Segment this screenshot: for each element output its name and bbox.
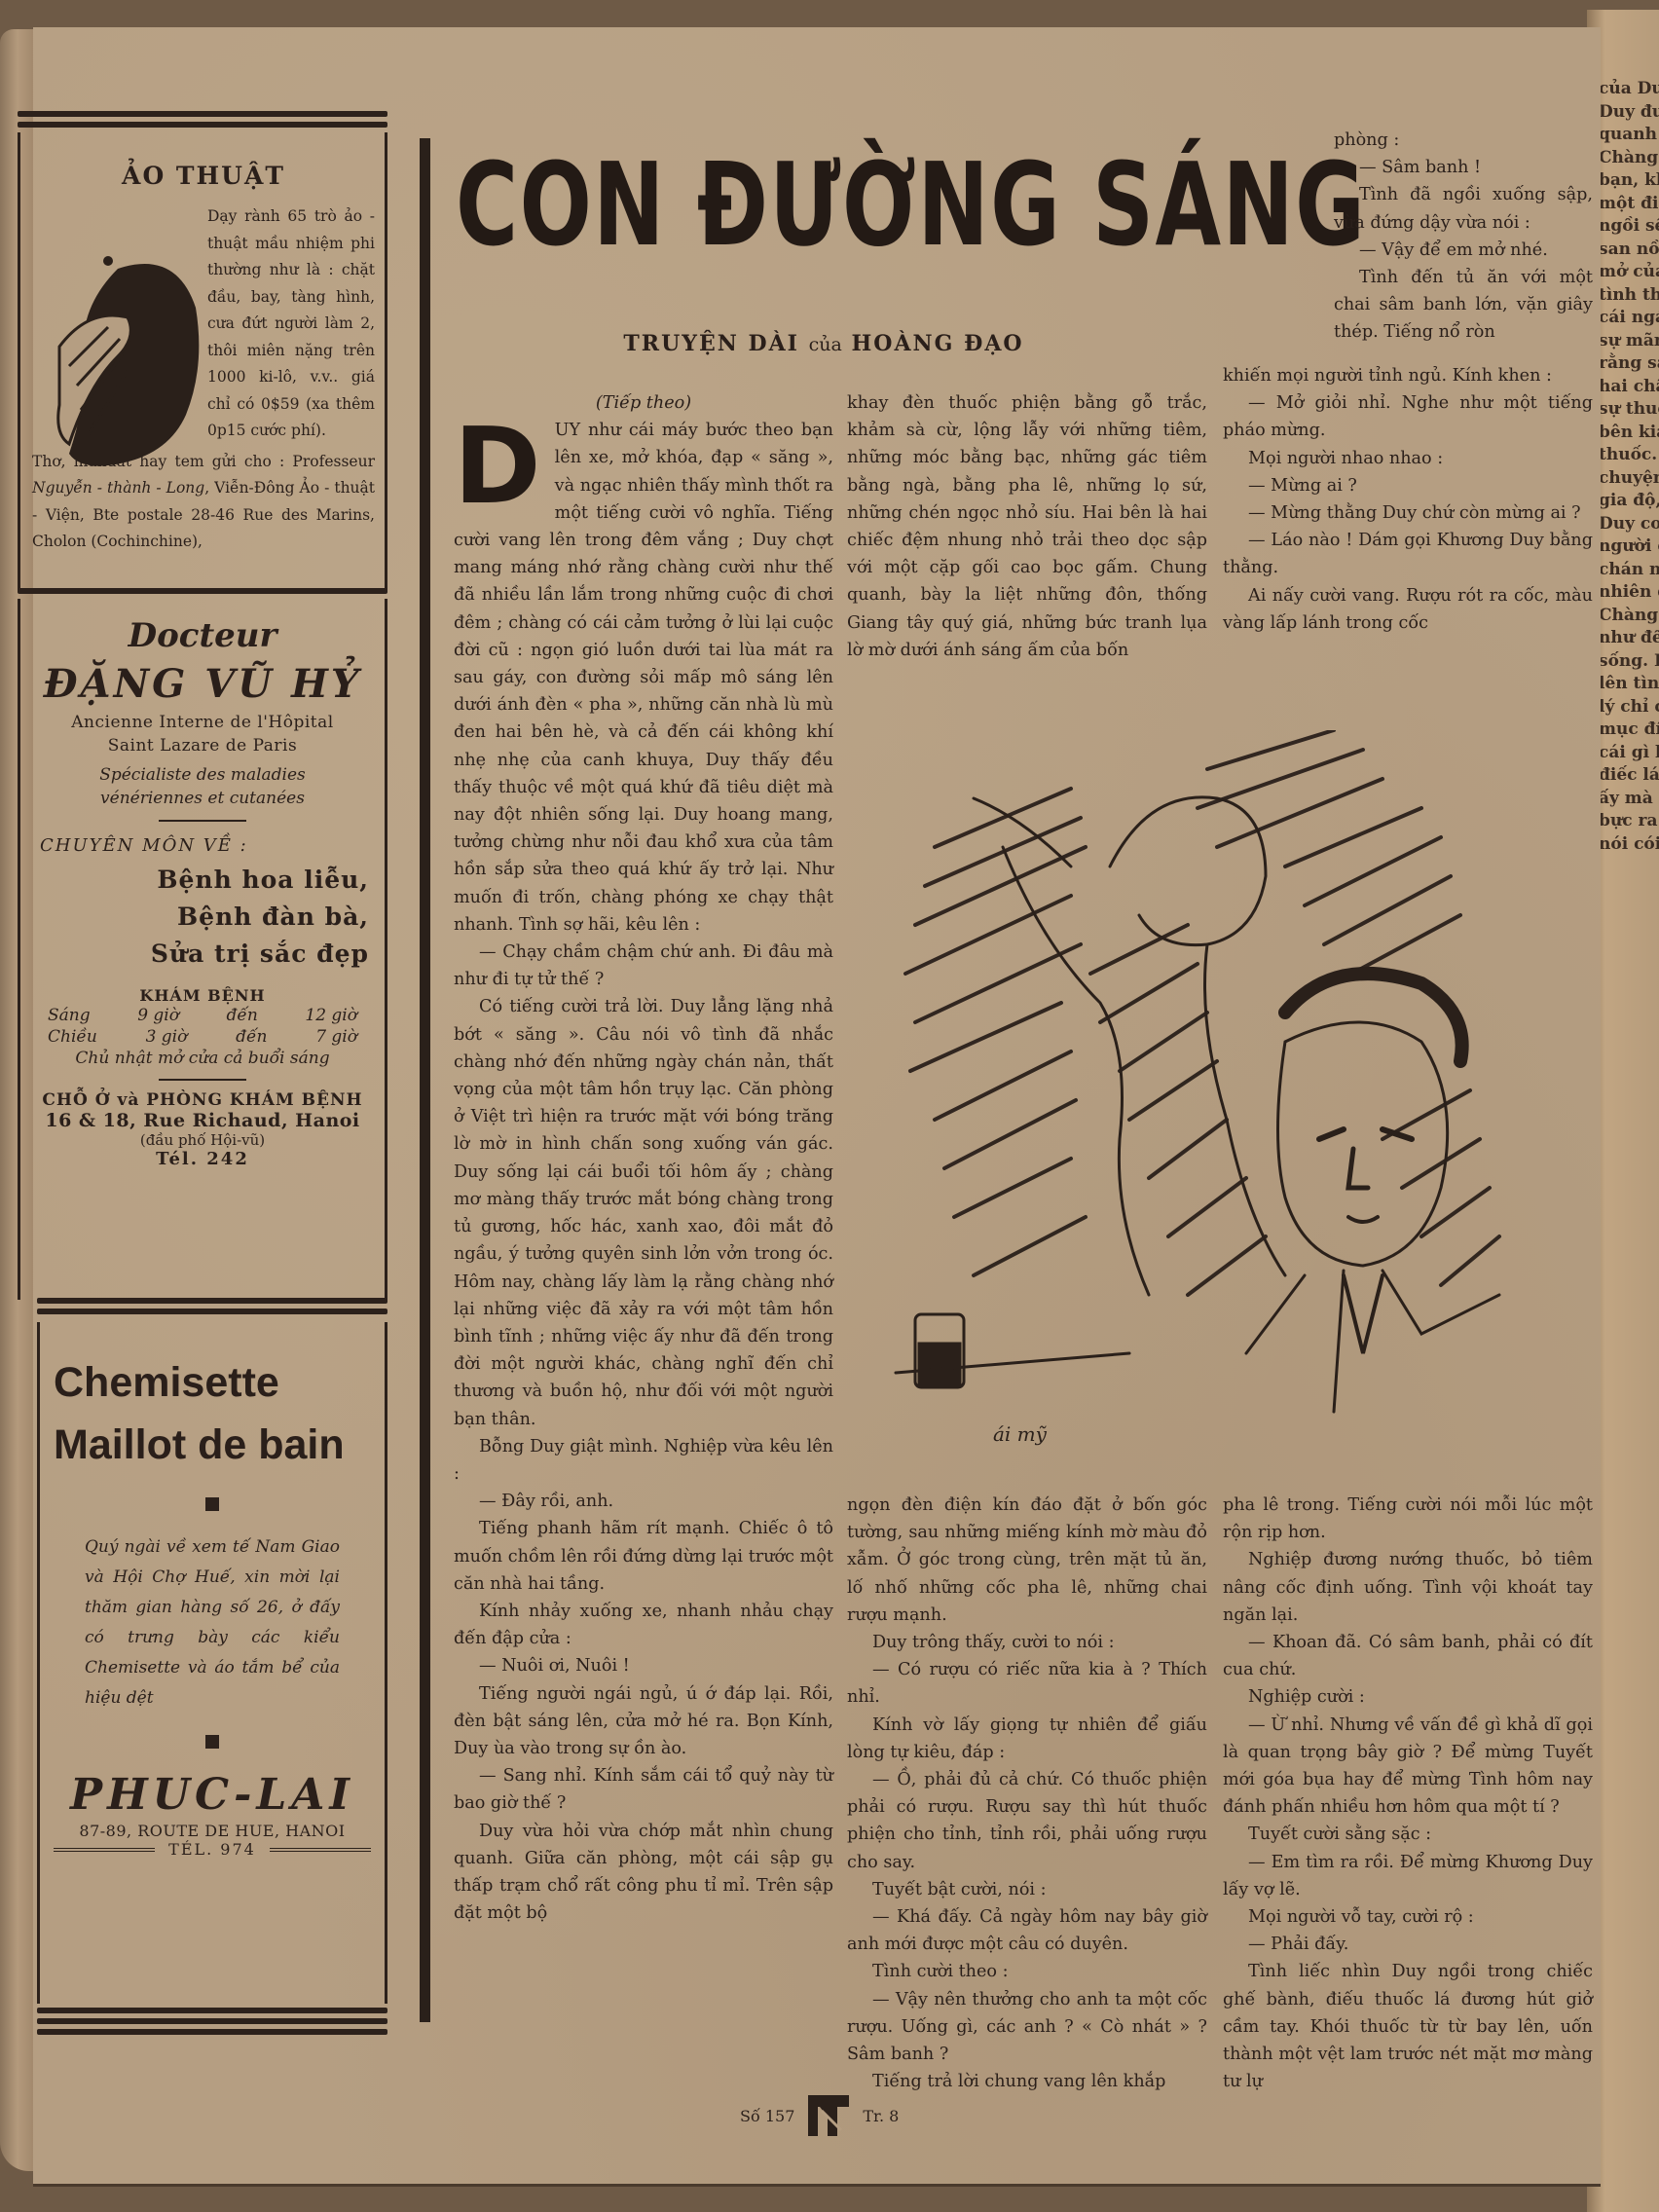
doctor-specialty-2: vénériennes et cutanées (32, 787, 373, 810)
divider-rules (18, 1298, 387, 1314)
paragraph: — Nuôi ơi, Nuôi ! (454, 1652, 833, 1679)
article-column-3-middle: khiến mọi người tỉnh ngủ. Kính khen : — … (1223, 362, 1593, 637)
top-rules (18, 111, 387, 128)
article-column-2-top: khay đèn thuốc phiện bằng gỗ trắc, khảm … (847, 389, 1207, 664)
doctor-specialty-item: Sửa trị sắc đẹp (32, 936, 373, 973)
hours-to: 12 giờ (305, 1005, 357, 1026)
next-page-line: ấy mà cườ (1599, 788, 1659, 811)
paragraph: Bỗng Duy giật mình. Nghiệp vừa kêu lên : (454, 1433, 833, 1488)
next-page-line: bên kia bàn (1599, 422, 1659, 445)
paragraph: — Ừ nhỉ. Nhưng về vấn đề gì khả dĩ gọi l… (1223, 1712, 1593, 1822)
doctor-name: ĐẶNG VŨ HỶ (32, 661, 373, 707)
paragraph: Mọi người nhao nhao : (1223, 445, 1593, 472)
paragraph: phòng : (1334, 127, 1593, 154)
next-page-line: bực ra kh (1599, 810, 1659, 833)
article-title: CON ĐƯỜNG SÁNG (456, 136, 1089, 273)
hours-row-afternoon: Chiều 3 giờ đến 7 giờ (32, 1026, 373, 1048)
doctor-chuyen-mon: CHUYÊN MÔN VỀ : (40, 835, 373, 856)
hours-label: Chiều (48, 1026, 97, 1048)
doctor-credential-1: Ancienne Interne de l'Hôpital (32, 711, 373, 734)
doctor-ad: Docteur ĐẶNG VŨ HỶ Ancienne Interne de l… (18, 599, 387, 1300)
advertisement-column: ẢO THUẬT Dạy rành 65 trò ảo - thuật mầu … (18, 111, 387, 2040)
next-page-line: chuyện ná (1599, 467, 1659, 491)
chemisette-tel-row: TÉL. 974 (54, 1840, 371, 1859)
divider (159, 1079, 246, 1081)
chemisette-headline-1: Chemisette (54, 1351, 371, 1414)
paragraph: Tình cười theo : (847, 1958, 1207, 1985)
next-page-line: nói cói để (1599, 833, 1659, 857)
chemisette-address: 87-89, ROUTE DE HUE, HANOI (54, 1822, 371, 1840)
magic-ad: ẢO THUẬT Dạy rành 65 trò ảo - thuật mầu … (18, 132, 387, 590)
double-rule (270, 1848, 371, 1852)
article-column-3-bottom: pha lê trong. Tiếng cười nói mỗi lúc một… (1223, 1492, 1593, 2095)
story-illustration: ái mỹ (876, 730, 1538, 1470)
double-rule (54, 1848, 155, 1852)
next-page-line: điếc lá k (1599, 764, 1659, 788)
page-footer: Số 157 Tr. 8 (740, 2093, 899, 2138)
hours-label: Sáng (48, 1005, 91, 1026)
paragraph: — Ồ, phải đủ cả chứ. Có thuốc phiện phải… (847, 1766, 1207, 1876)
next-page-line: mục đích, (1599, 719, 1659, 742)
drop-cap: D (454, 424, 541, 510)
chemisette-headline-2: Maillot de bain (54, 1414, 371, 1476)
square-bullet-icon (205, 1735, 219, 1749)
magician-hand-icon (50, 249, 205, 473)
divider-rules (18, 588, 387, 594)
hours-to: 7 giờ (315, 1026, 357, 1048)
next-page-line: lên tình th (1599, 673, 1659, 696)
magic-ad-title: ẢO THUẬT (32, 162, 375, 190)
paragraph: Kính nhảy xuống xe, nhanh nhảu chạy đến … (454, 1598, 833, 1652)
paragraph: ngọn đèn điện kín đáo đặt ở bốn góc tườn… (847, 1492, 1207, 1629)
doctor-tel: Tél. 242 (32, 1149, 373, 1169)
page-number: Tr. 8 (863, 2107, 899, 2125)
ngay-nay-logo-icon (806, 2093, 851, 2138)
byline-label: TRUYỆN DÀI (623, 331, 799, 356)
paragraph: Tình đến tủ ăn với một chai sâm banh lớn… (1334, 264, 1593, 347)
next-page-line: hai chân, (1599, 376, 1659, 399)
magic-contact-name: Nguyễn - thành - Long (32, 479, 204, 497)
next-page-line: san nồi (1599, 239, 1659, 262)
next-page-line: sự mãn m (1599, 330, 1659, 353)
paragraph: — Vậy để em mở nhé. (1334, 237, 1593, 264)
next-page-line: sống. Duy (1599, 650, 1659, 674)
paragraph: Duy trông thấy, cười to nói : (847, 1629, 1207, 1656)
paragraph: — Láo nào ! Dám gọi Khương Duy bằng thằn… (1223, 527, 1593, 581)
paragraph: — Sâm banh ! (1334, 154, 1593, 181)
hours-sunday: Chủ nhật mở cửa cả buổi sáng (32, 1048, 373, 1069)
paragraph: Nghiệp đương nướng thuốc, bỏ tiêm nâng c… (1223, 1546, 1593, 1629)
chemisette-body: Quý ngài về xem tế Nam Giao và Hội Chợ H… (54, 1532, 371, 1714)
next-page-line: Chàng tưởng (1599, 147, 1659, 170)
next-page-line: tình thoảng (1599, 284, 1659, 308)
illustrator-signature: ái mỹ (993, 1422, 1048, 1446)
doctor-specialty-item: Bệnh hoa liễu, (32, 862, 373, 899)
divider (159, 820, 246, 822)
column-divider-bar (420, 138, 430, 2022)
chemisette-ad: Chemisette Maillot de bain Quý ngài về x… (37, 1322, 387, 2004)
doctor-credential-2: Saint Lazare de Paris (32, 734, 373, 757)
next-page-line: ngồi sếp bằng (1599, 215, 1659, 239)
paragraph: pha lê trong. Tiếng cười nói mỗi lúc một… (1223, 1492, 1593, 1546)
next-page-line: Duy co c (1599, 513, 1659, 536)
paragraph: Tiếng người ngái ngủ, ú ớ đáp lại. Rồi, … (454, 1680, 833, 1763)
issue-number: Số 157 (740, 2107, 794, 2125)
hours-row-morning: Sáng 9 giờ đến 12 giờ (32, 1005, 373, 1026)
next-page-line: thuốc. Ch (1599, 444, 1659, 467)
paragraph: — Sang nhỉ. Kính sắm cái tổ quỷ này từ b… (454, 1762, 833, 1817)
next-page-line: rằng sau l (1599, 352, 1659, 376)
next-page-line: sự thuốc (1599, 398, 1659, 422)
paragraph: — Có rượu có riếc nữa kia à ? Thích nhỉ. (847, 1656, 1207, 1711)
article-column-2-bottom: ngọn đèn điện kín đáo đặt ở bốn góc tườn… (847, 1492, 1207, 2095)
paragraph: — Đây rồi, anh. (454, 1488, 833, 1515)
doctor-hours: Sáng 9 giờ đến 12 giờ Chiều 3 giờ đến 7 … (32, 1005, 373, 1069)
paragraph: — Chạy chầm chậm chứ anh. Đi đâu mà như … (454, 939, 833, 993)
article-column-1: (Tiếp theo) D UY như cái máy bước theo b… (454, 389, 833, 1927)
chemisette-brand: PHUC-LAI (54, 1770, 371, 1820)
paragraph: — Phải đấy. (1223, 1931, 1593, 1958)
next-page-line: Chàng thấ (1599, 605, 1659, 628)
square-bullet-icon (205, 1497, 219, 1511)
paragraph: — Mừng thằng Duy chứ còn mừng ai ? (1223, 499, 1593, 527)
paragraph: — Mở giỏi nhỉ. Nghe như một tiếng pháo m… (1223, 389, 1593, 444)
next-page-line: chán nản (1599, 559, 1659, 582)
next-page-line: cái gì hết (1599, 742, 1659, 765)
next-page-line: người cố cấ (1599, 535, 1659, 559)
article-byline: TRUYỆN DÀI của HOÀNG ĐẠO (454, 331, 1194, 356)
next-page-line: Duy được (1599, 101, 1659, 125)
hours-from: 3 giờ (146, 1026, 188, 1048)
byline-connector: của (809, 334, 842, 355)
paragraph: Duy vừa hỏi vừa chớp mắt nhìn chung quan… (454, 1818, 833, 1928)
paragraph: — Khoan đã. Có sâm banh, phải có đít cua… (1223, 1629, 1593, 1683)
next-page-line: gia độ, nh (1599, 490, 1659, 513)
magic-ad-body: Dạy rành 65 trò ảo - thuật mầu nhiệm phi… (207, 203, 375, 445)
paragraph: Có tiếng cười trả lời. Duy lẳng lặng nhả… (454, 993, 833, 1432)
next-page-line: mở của n (1599, 261, 1659, 284)
paragraph: Tuyết cười sằng sặc : (1223, 1821, 1593, 1848)
paragraph: khiến mọi người tỉnh ngủ. Kính khen : (1223, 362, 1593, 389)
doctor-specialty-item: Bệnh đàn bà, (32, 899, 373, 936)
article-column-3-top: phòng : — Sâm banh ! Tình đã ngồi xuống … (1334, 127, 1593, 347)
paragraph: — Vậy nên thưởng cho anh ta một cốc rượu… (847, 1986, 1207, 2069)
doctor-address: 16 & 18, Rue Richaud, Hanoi (32, 1110, 373, 1131)
next-page-line: nhiên để g (1599, 581, 1659, 605)
next-page-line: cái ngáp. D (1599, 307, 1659, 330)
next-page-text: của Duy.Duy đượcquanh vàChàng tưởngbạn, … (1599, 78, 1659, 856)
paragraph: Tiếng trả lời chung vang lên khắp (847, 2068, 1207, 2095)
doctor-kham-benh: KHÁM BỆNH (32, 986, 373, 1005)
doctor-address-heading: CHỖ Ở và PHÒNG KHÁM BỆNH (32, 1090, 373, 1110)
paragraph: Ai nấy cười vang. Rượu rót ra cốc, màu v… (1223, 582, 1593, 637)
next-page-line: một điệu (1599, 193, 1659, 216)
chemisette-tel: TÉL. 974 (168, 1840, 256, 1859)
paragraph: — Khá đấy. Cả ngày hôm nay bây giờ anh m… (847, 1903, 1207, 1958)
paragraph: Nghiệp cười : (1223, 1683, 1593, 1711)
next-page-line: của Duy. (1599, 78, 1659, 101)
next-page-line: bạn, không (1599, 169, 1659, 193)
hours-to-word: đến (227, 1005, 258, 1026)
paragraph: khay đèn thuốc phiện bằng gỗ trắc, khảm … (847, 389, 1207, 664)
paragraph: — Em tìm ra rồi. Để mừng Khương Duy lấy … (1223, 1849, 1593, 1903)
paragraph: Tuyết bật cười, nói : (847, 1876, 1207, 1903)
hours-to-word: đến (236, 1026, 267, 1048)
doctor-specialty-1: Spécialiste des maladies (32, 763, 373, 787)
hours-from: 9 giờ (137, 1005, 179, 1026)
byline-author: HOÀNG ĐẠO (852, 331, 1024, 356)
next-page-line: lý chỉ còn (1599, 696, 1659, 719)
doctor-address-sub: (đầu phố Hội-vũ) (32, 1131, 373, 1149)
paragraph: Kính vờ lấy giọng tự nhiên để giấu lòng … (847, 1712, 1207, 1766)
paragraph: — Mừng ai ? (1223, 472, 1593, 499)
paragraph: Tình đã ngồi xuống sập, vừa đứng dậy vừa… (1334, 181, 1593, 236)
bottom-rules (18, 2008, 387, 2035)
next-page-line: quanh và (1599, 124, 1659, 147)
paragraph: Tình liếc nhìn Duy ngồi trong chiếc ghế … (1223, 1958, 1593, 2095)
next-page-line: như để qu (1599, 627, 1659, 650)
doctor-label: Docteur (32, 616, 373, 655)
paragraph: Mọi người vỗ tay, cười rộ : (1223, 1903, 1593, 1931)
paragraph: Tiếng phanh hãm rít mạnh. Chiếc ô tô muố… (454, 1515, 833, 1598)
